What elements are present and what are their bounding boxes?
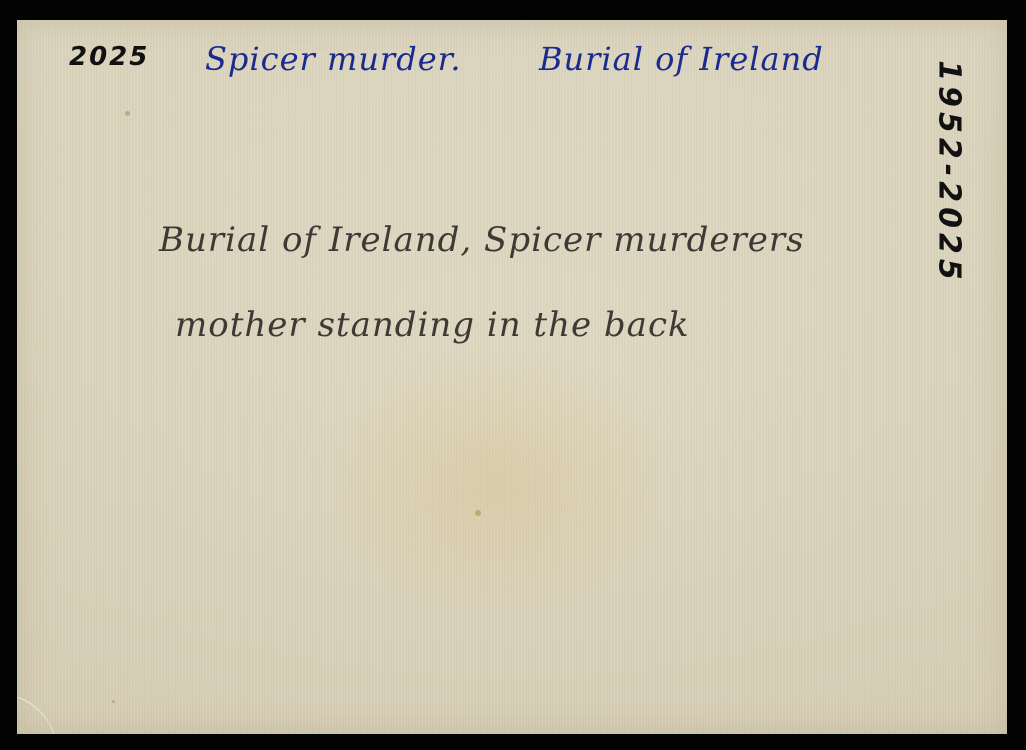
case-title: Spicer murder. [205, 40, 462, 78]
pencil-caption-line-2: mother standing in the back [175, 305, 690, 345]
corner-crease [17, 693, 58, 734]
catalog-number: 2025 [69, 42, 149, 72]
paper-spot [112, 700, 115, 703]
scan-background: 2025 Spicer murder. Burial of Ireland 19… [0, 0, 1026, 750]
paper-spot [475, 510, 481, 516]
photo-back-paper: 2025 Spicer murder. Burial of Ireland 19… [17, 20, 1007, 734]
pencil-caption-line-1: Burial of Ireland, Spicer murderers [159, 220, 805, 260]
event-title: Burial of Ireland [539, 40, 824, 78]
number-range-vertical: 1952-2025 [932, 60, 967, 284]
paper-spot [125, 111, 130, 116]
